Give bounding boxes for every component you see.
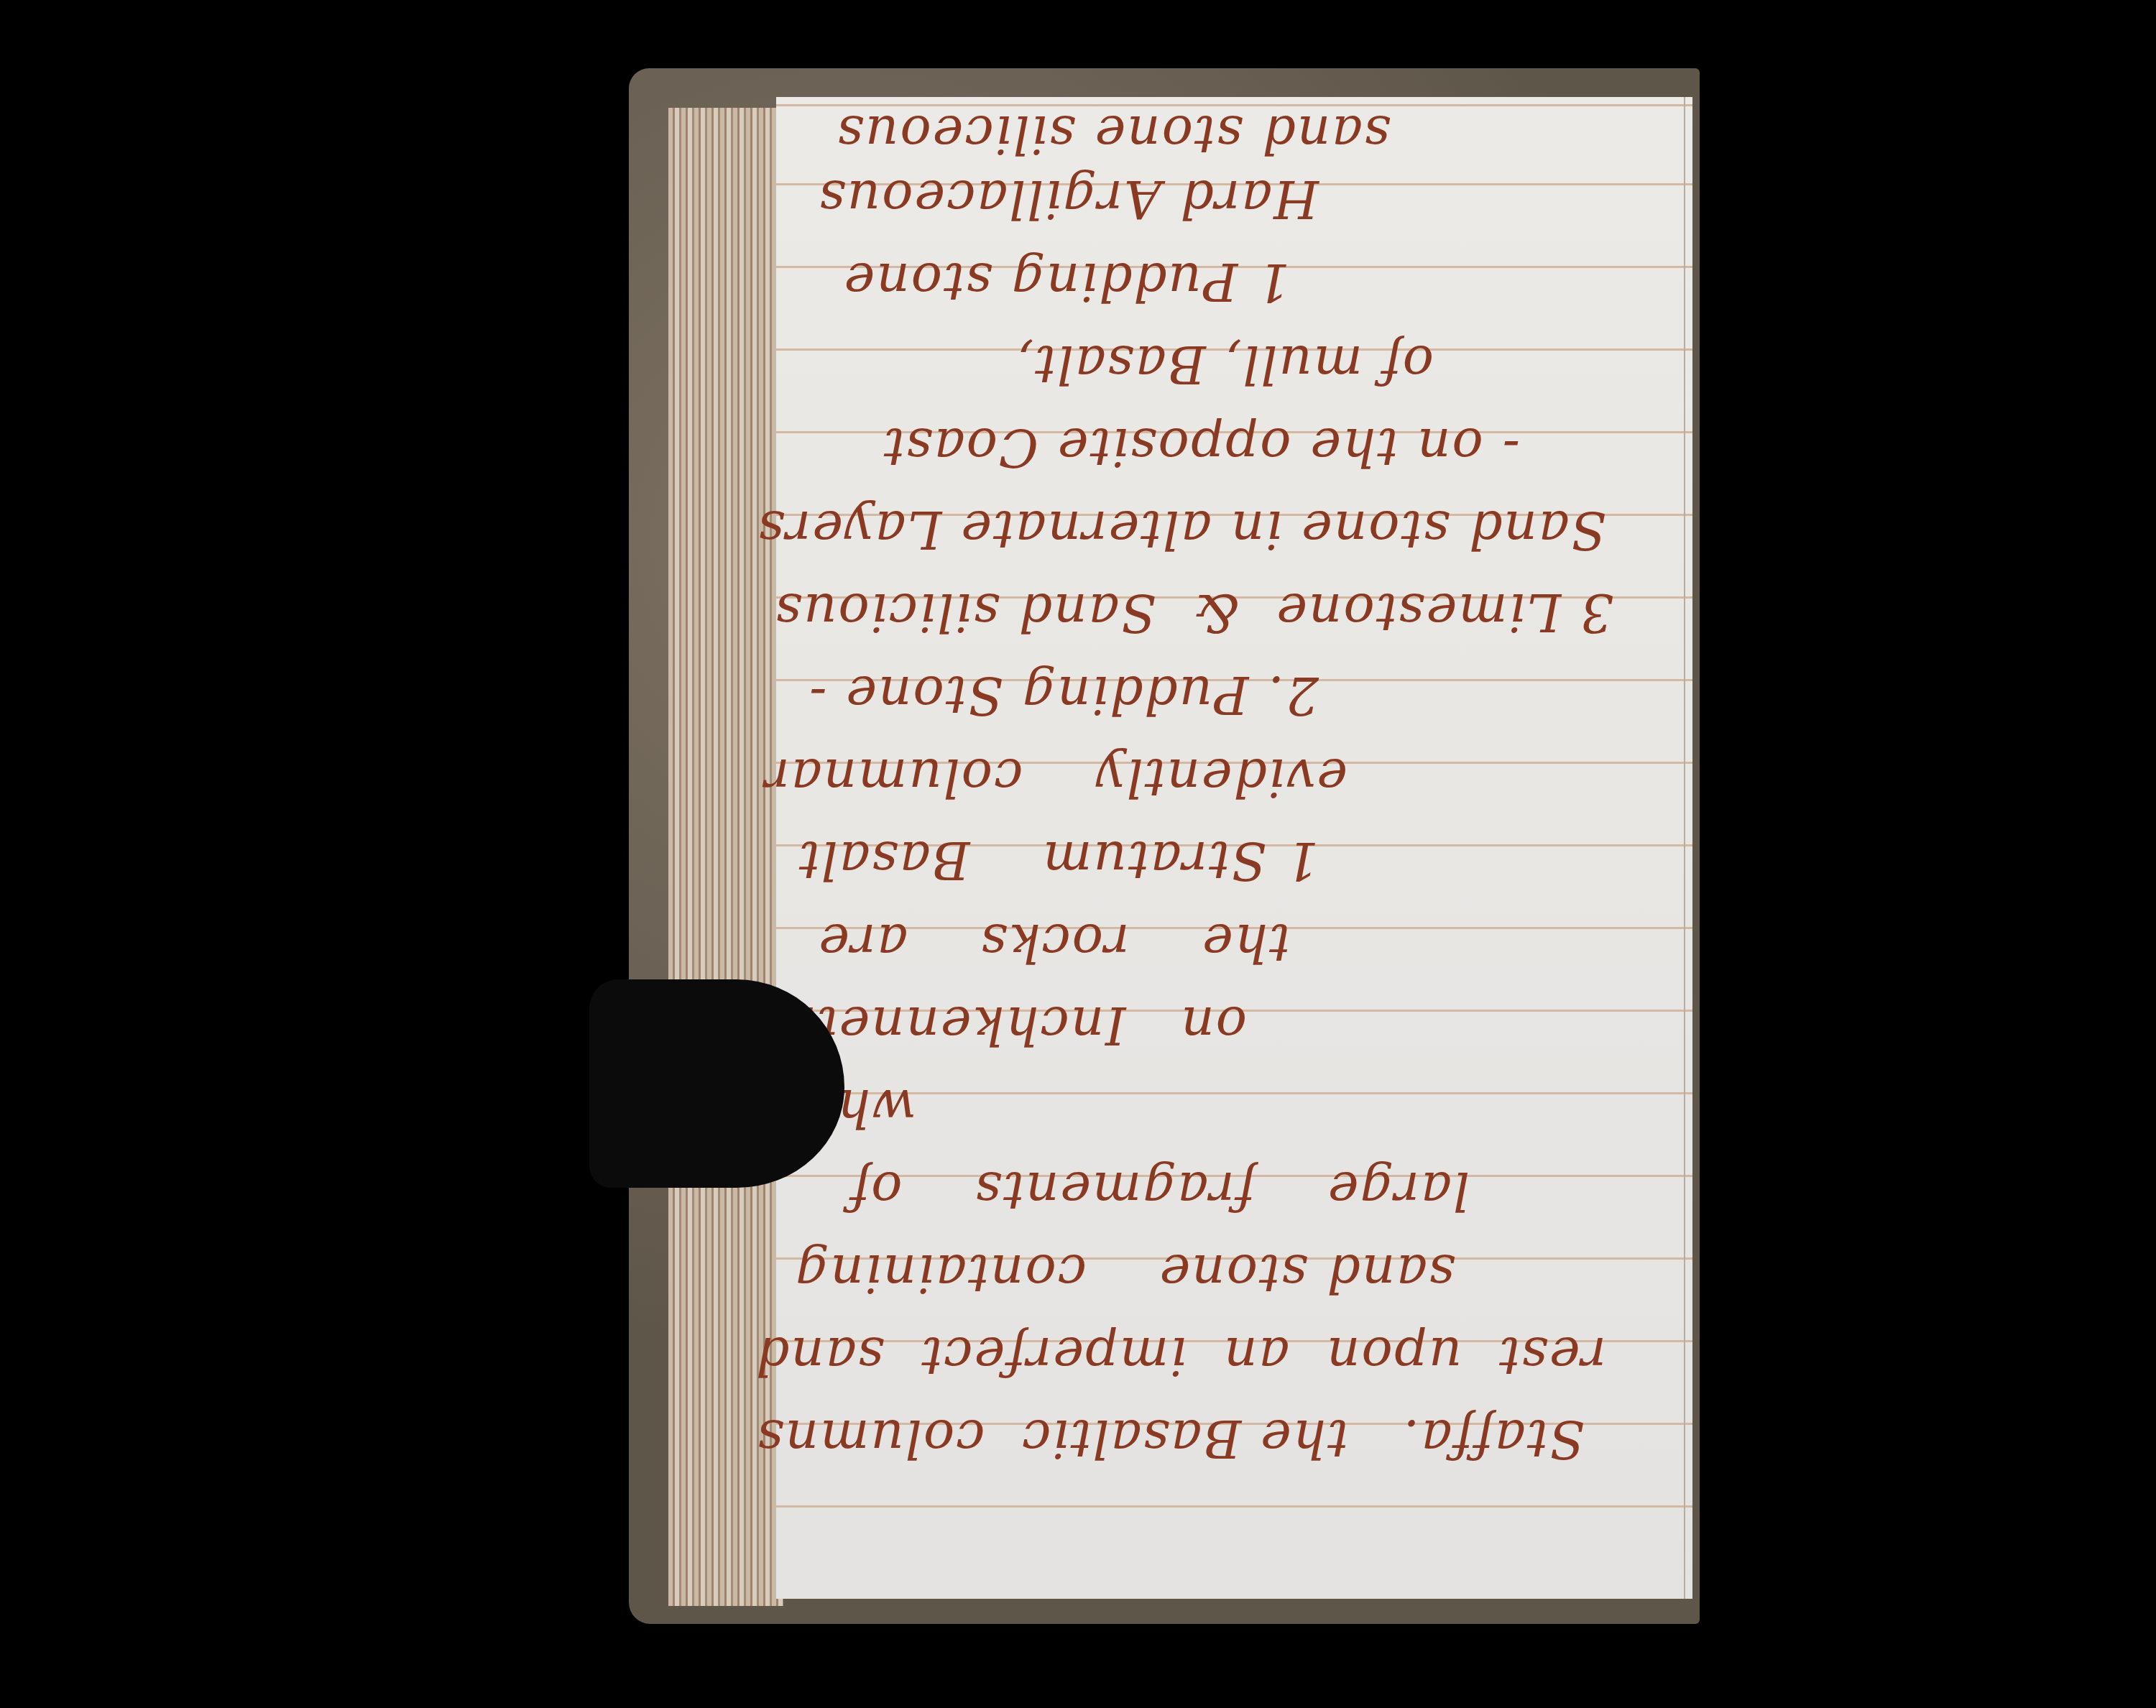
handwritten-line: large fragments of xyxy=(776,1160,1692,1221)
handwritten-line: 3 Limestone & Sand silicious xyxy=(776,582,1692,642)
handwritten-line: 1 Stratum Basalt xyxy=(776,830,1692,890)
handwritten-line: 2. Pudding Stone - xyxy=(776,665,1692,725)
handwritten-line: on Inchkenneth xyxy=(776,995,1692,1056)
handwritten-line: Sand stone in alternate Layers xyxy=(776,499,1692,560)
handwritten-line: rest upon an imperfect sand xyxy=(776,1326,1692,1386)
handwritten-line: Hard Argillaceous xyxy=(776,169,1692,229)
handwritten-line: sand stone siliceous xyxy=(776,104,1692,165)
handwritten-line: Staffa. the Basaltic columns xyxy=(776,1408,1692,1469)
handwritten-line: 1 Pudding stone xyxy=(776,251,1692,312)
handwritten-line: wh. - xyxy=(776,1078,1692,1138)
ruled-line xyxy=(776,1505,1692,1508)
notebook-page: sand stone siliceous Hard Argillaceous 1… xyxy=(776,97,1692,1599)
handwritten-line: sand stone containing xyxy=(776,1243,1692,1303)
handwritten-line: the rocks are xyxy=(776,913,1692,973)
handwritten-line: - on the opposite Coast xyxy=(776,417,1692,477)
thumb-holding-page xyxy=(589,979,844,1188)
handwritten-line: of mull, Basalt, xyxy=(776,334,1692,394)
handwritten-line: evidently columnar xyxy=(776,747,1692,808)
